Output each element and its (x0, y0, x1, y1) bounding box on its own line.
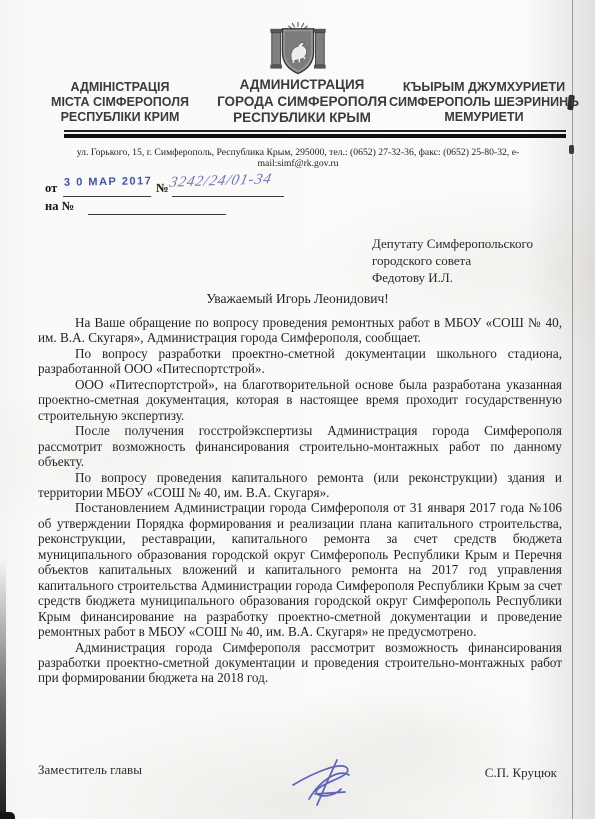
ref-date-underline (63, 196, 151, 197)
scanned-letter-page: АДМІНІСТРАЦІЯ МІСТА СІМФЕРОПОЛЯ РЕСПУБЛІ… (0, 0, 595, 819)
org-name-line: АДМІНІСТРАЦІЯ (25, 80, 215, 95)
org-name-line: РЕСПУБЛІКИ КРИМ (25, 110, 215, 125)
ref-number-underline (172, 196, 284, 197)
org-name-line: МІСТА СІМФЕРОПОЛЯ (25, 95, 215, 110)
signature-position-title: Заместитель главы (38, 762, 142, 778)
body-paragraph: ООО «Питеспортстрой», на благотворительн… (38, 377, 562, 423)
separator-rule-thick (64, 134, 566, 138)
salutation: Уважаемый Игорь Леонидович! (0, 291, 595, 307)
body-paragraph: По вопросу проведения капитального ремон… (38, 470, 562, 501)
org-name-line: ГОРОДА СИМФЕРОПОЛЯ (212, 94, 392, 111)
separator-rule-thin (64, 130, 566, 132)
outgoing-number-handwritten: 3242/24/01-34 (168, 171, 274, 192)
signature-name: С.П. Круцюк (485, 765, 557, 781)
org-name-crimean-tatar: КЪЫРЫМ ДЖУМХУРИЕТИ СИМФЕРОПОЛЬ ШЕЭРИНИНЪ… (388, 80, 580, 125)
body-paragraph: На Ваше обращение по вопросу проведения … (38, 315, 562, 346)
org-name-line: СИМФЕРОПОЛЬ ШЕЭРИНИНЪ (388, 95, 580, 110)
body-paragraph: По вопросу разработки проектно-сметной д… (38, 346, 562, 377)
body-paragraph: После получения госстройэкспертизы Админ… (38, 423, 562, 469)
org-name-line: РЕСПУБЛИКИ КРЫМ (212, 110, 392, 127)
body-paragraph: Постановлением Администрации города Симф… (38, 500, 562, 639)
scan-smudge (569, 145, 574, 154)
ref-reply-underline (88, 214, 226, 215)
scan-edge-shadow (0, 560, 6, 819)
org-name-line: МЕМУРИЕТИ (388, 110, 580, 125)
letterhead-address-line: ул. Горького, 15, г. Симферополь, Респуб… (38, 147, 558, 169)
body-paragraph: Администрация города Симферополя рассмот… (38, 640, 562, 686)
org-name-ukrainian: АДМІНІСТРАЦІЯ МІСТА СІМФЕРОПОЛЯ РЕСПУБЛІ… (25, 80, 215, 125)
recipient-line: городского совета (372, 253, 562, 270)
recipient-line: Федотову И.Л. (372, 270, 562, 287)
date-stamp: 3 0 МАР 2017 (64, 175, 153, 189)
ref-number-label: № (156, 181, 169, 196)
recipient-line: Депутату Симферопольского (372, 236, 562, 253)
ref-reply-label: на № (45, 199, 74, 214)
org-name-line: АДМИНИСТРАЦИЯ (212, 77, 392, 94)
recipient-block: Депутату Симферопольского городского сов… (372, 236, 562, 286)
signature-autograph-icon (287, 755, 375, 811)
org-name-russian: АДМИНИСТРАЦИЯ ГОРОДА СИМФЕРОПОЛЯ РЕСПУБЛ… (212, 77, 392, 127)
scan-corner-mark (0, 812, 15, 819)
ref-from-label: от (45, 181, 57, 196)
org-name-line: КЪЫРЫМ ДЖУМХУРИЕТИ (388, 80, 580, 95)
letter-body: На Ваше обращение по вопросу проведения … (38, 315, 562, 686)
